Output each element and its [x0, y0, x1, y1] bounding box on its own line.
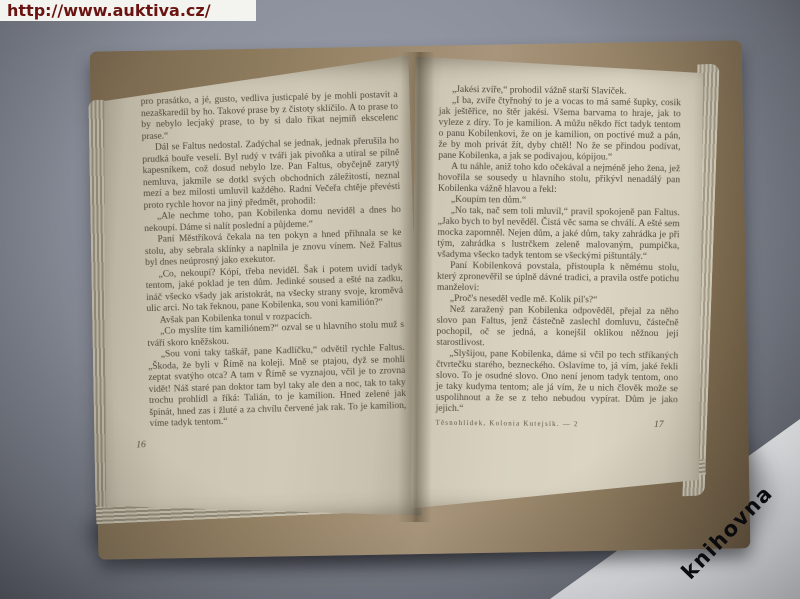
- left-page-paragraph: „Sou voni taky taškář, pane Kadlíčku,“ o…: [148, 343, 407, 431]
- left-page-text: pro prasátko, a jé, gusto, vedliva justi…: [141, 90, 408, 451]
- right-page-paragraph: „I ba, zvíře čtyřnohý to je a vocas to m…: [438, 96, 681, 165]
- right-page-paragraph: „No tak, nač sem toli mluvil,“ pravil sp…: [437, 206, 680, 264]
- left-page-paragraph: pro prasátko, a jé, gusto, vedliva justi…: [141, 90, 399, 143]
- left-page-paragraph: „Co, nekoupí? Kópí, třeba neviděl. Šak i…: [145, 262, 403, 315]
- right-page-paragraph: Než zaražený pan Kobilenka odpověděl, př…: [436, 305, 678, 352]
- right-page-paragraph: Paní Kobilenková povstala, přistoupla k …: [437, 261, 679, 297]
- left-page-number: 16: [136, 432, 407, 451]
- right-page-footer-row: Těsnohlídek, Kolonia Kutejsík. — 2 17: [435, 418, 677, 432]
- right-page: „Jakési zvíře,“ prohodil vážně starší Sl…: [411, 57, 704, 512]
- right-page-number: 17: [654, 420, 664, 431]
- right-page-paragraph: A tu náhle, aniž toho kdo očekával a nej…: [438, 162, 680, 198]
- auktiva-url-text: http://www.auktiva.cz/: [7, 1, 211, 20]
- right-page-paragraph: „Slyšijou, pane Kobilenka, dáme si včil …: [436, 349, 679, 418]
- right-page-text: „Jakési zvíře,“ prohodil vážně starší Sl…: [435, 85, 681, 432]
- book-photo-scene: pro prasátko, a jé, gusto, vedliva justi…: [0, 0, 800, 599]
- left-page-paragraph: Dál se Faltus nedostal. Zadýchal se jedn…: [142, 136, 401, 212]
- auktiva-watermark-bar: http://www.auktiva.cz/: [0, 0, 256, 21]
- right-page-footer: Těsnohlídek, Kolonia Kutejsík. — 2: [435, 418, 578, 430]
- left-page: pro prasátko, a jé, gusto, vedliva justi…: [94, 56, 422, 525]
